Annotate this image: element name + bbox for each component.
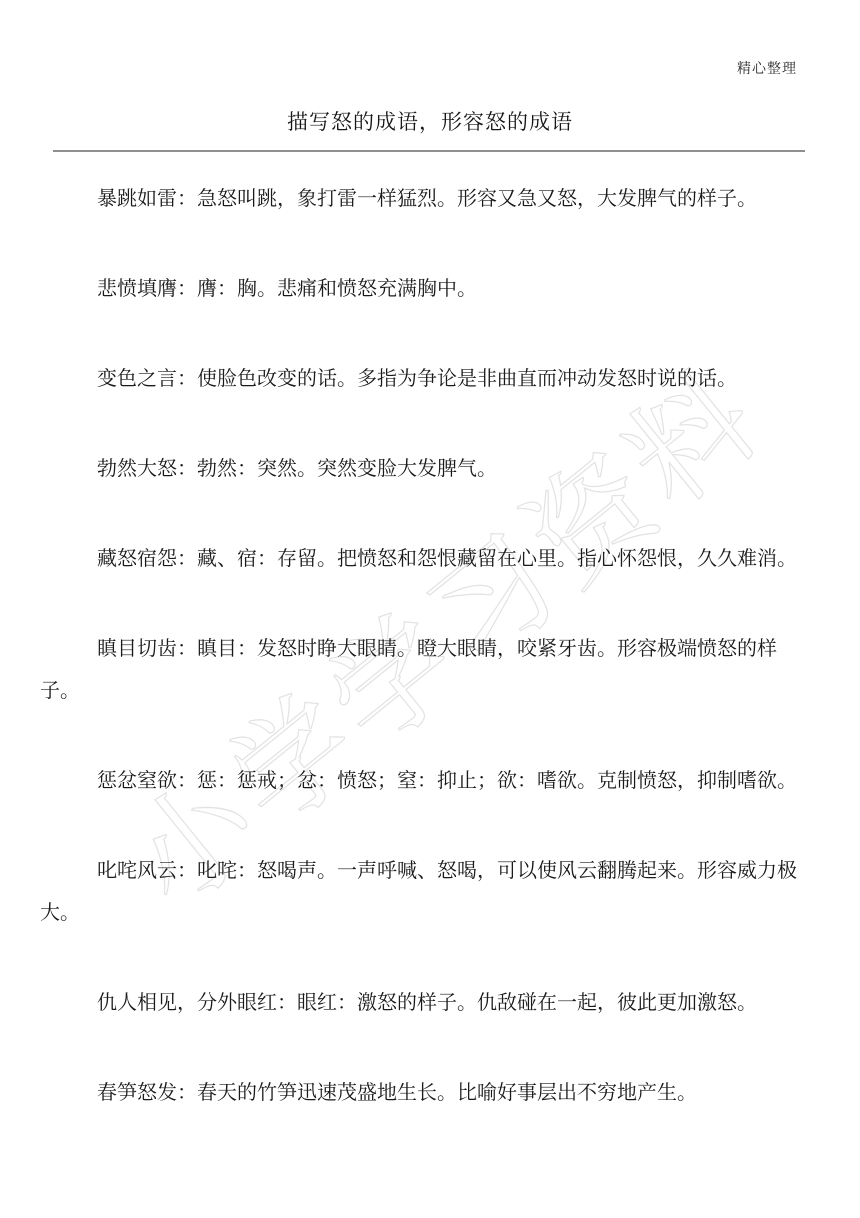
document-page: 精心整理 描写怒的成语，形容怒的成语 小学学习资料 暴跳如雷：急怒叫跳，象打雷一… — [0, 0, 860, 1218]
idiom-list: 暴跳如雷：急怒叫跳，象打雷一样猛烈。形容又急又怒，大发脾气的样子。 悲愤填膺：膺… — [40, 152, 800, 1114]
idiom-paragraph: 悲愤填膺：膺：胸。悲痛和愤怒充满胸中。 — [40, 268, 800, 310]
idiom-paragraph: 惩忿窒欲：惩：惩戒；忿：愤怒；窒：抑止；欲：嗜欲。克制愤怒，抑制嗜欲。 — [40, 760, 800, 802]
header-note: 精心整理 — [0, 0, 860, 78]
idiom-paragraph: 勃然大怒：勃然：突然。突然变脸大发脾气。 — [40, 448, 800, 490]
idiom-paragraph: 叱咤风云：叱咤：怒喝声。一声呼喊、怒喝，可以使风云翻腾起来。形容威力极大。 — [40, 850, 800, 934]
idiom-paragraph: 藏怒宿怨：藏、宿：存留。把愤怒和怨恨藏留在心里。指心怀怨恨，久久难消。 — [40, 538, 800, 580]
idiom-paragraph: 变色之言：使脸色改变的话。多指为争论是非曲直而冲动发怒时说的话。 — [40, 358, 800, 400]
idiom-paragraph: 瞋目切齿：瞋目：发怒时睁大眼睛。瞪大眼睛，咬紧牙齿。形容极端愤怒的样子。 — [40, 628, 800, 712]
idiom-paragraph: 暴跳如雷：急怒叫跳，象打雷一样猛烈。形容又急又怒，大发脾气的样子。 — [40, 178, 800, 220]
page-title: 描写怒的成语，形容怒的成语 — [0, 108, 860, 136]
idiom-paragraph: 仇人相见，分外眼红：眼红：激怒的样子。仇敌碰在一起，彼此更加激怒。 — [40, 982, 800, 1024]
idiom-paragraph: 春笋怒发：春天的竹笋迅速茂盛地生长。比喻好事层出不穷地产生。 — [40, 1072, 800, 1114]
